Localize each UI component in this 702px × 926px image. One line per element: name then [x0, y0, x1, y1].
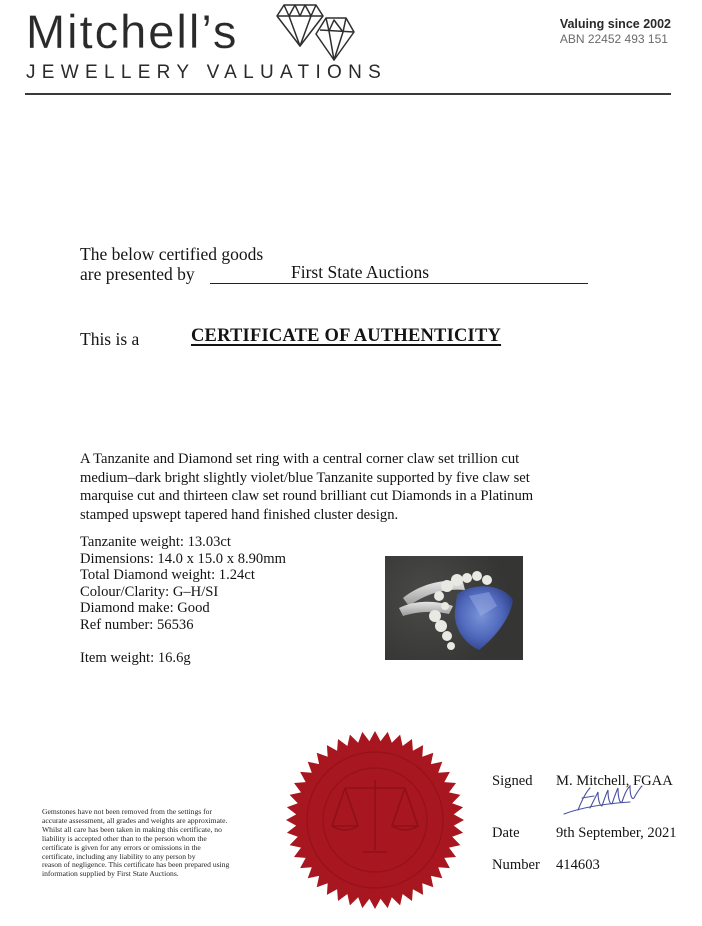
spec-row: Colour/Clarity: G–H/SI	[80, 584, 286, 601]
description-line: stamped upswept tapered hand finished cl…	[80, 506, 533, 525]
item-weight: Item weight: 16.6g	[80, 650, 191, 667]
diamonds-icon	[276, 2, 356, 62]
abn-number: ABN 22452 493 151	[560, 32, 671, 47]
header-divider	[25, 93, 671, 95]
intro-line-2: are presented by	[80, 264, 195, 285]
spec-row: Total Diamond weight: 1.24ct	[80, 567, 286, 584]
certificate-number: 414603	[556, 857, 600, 874]
description-line: A Tanzanite and Diamond set ring with a …	[80, 450, 533, 469]
spec-row: Ref number: 56536	[80, 617, 286, 634]
description-line: marquise cut and thirteen claw set round…	[80, 487, 533, 506]
brand-subtitle: JEWELLERY VALUATIONS	[26, 62, 387, 84]
intro-line-1: The below certified goods	[80, 244, 263, 265]
number-label: Number	[492, 857, 540, 874]
ring-image	[385, 556, 523, 660]
certificate-date: 9th September, 2021	[556, 825, 677, 842]
tagline: Valuing since 2002	[560, 17, 671, 32]
wax-seal	[285, 730, 465, 910]
signed-label: Signed	[492, 773, 533, 790]
spec-row: Dimensions: 14.0 x 15.0 x 8.90mm	[80, 551, 286, 568]
spec-row: Diamond make: Good	[80, 600, 286, 617]
signature-scribble	[560, 782, 660, 820]
disclaimer-text: Gemstones have not been removed from the…	[42, 808, 229, 879]
presenter-name: First State Auctions	[291, 262, 429, 283]
spec-row: Tanzanite weight: 13.03ct	[80, 534, 286, 551]
brand-name: Mitchell’s	[26, 4, 238, 60]
certificate-prefix: This is a	[80, 329, 139, 350]
item-weight-value: 16.6g	[158, 650, 191, 666]
certificate-title: CERTIFICATE OF AUTHENTICITY	[191, 326, 501, 347]
spec-list: Tanzanite weight: 13.03ctDimensions: 14.…	[80, 534, 286, 634]
description-line: medium–dark bright slightly violet/blue …	[80, 469, 533, 488]
company-info: Valuing since 2002 ABN 22452 493 151	[560, 17, 671, 47]
item-weight-label: Item weight	[80, 650, 150, 666]
item-description: A Tanzanite and Diamond set ring with a …	[80, 450, 533, 524]
date-label: Date	[492, 825, 520, 842]
tanzanite-diamond-ring-photo	[385, 556, 523, 660]
